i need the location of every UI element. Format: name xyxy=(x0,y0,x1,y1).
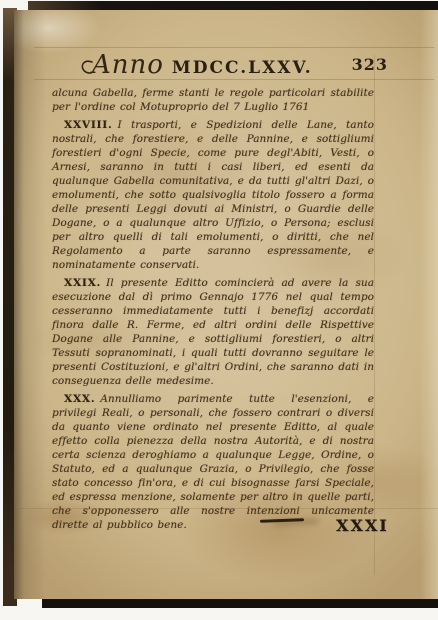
paragraph-xxx: XXX.Annulliamo parimente tutte l'esenzio… xyxy=(52,392,374,532)
paragraph-text: I trasporti, e Spedizioni delle Lane, ta… xyxy=(52,119,374,271)
anno-label: Anno xyxy=(92,50,164,80)
year-roman: MDCC.LXXV. xyxy=(172,58,313,78)
manuscript-scan: AnnoMDCC.LXXV. 323 alcuna Gabella, ferme… xyxy=(0,0,438,620)
gutter-shadow xyxy=(14,10,54,599)
paragraph-number: XXVIII. xyxy=(64,119,117,131)
anno-script: Anno xyxy=(80,50,164,80)
body-text: alcuna Gabella, ferme stanti le regole p… xyxy=(52,86,374,536)
page-fore-edge xyxy=(418,10,438,599)
paragraph-number: XXX. xyxy=(64,393,100,405)
paragraph-text: Il presente Editto comincierà ad avere l… xyxy=(52,277,374,387)
continuation-paragraph: alcuna Gabella, ferme stanti le regole p… xyxy=(52,86,374,114)
continuation-text: alcuna Gabella, ferme stanti le regole p… xyxy=(52,87,374,113)
paragraph-xxix: XXIX.Il presente Editto comincierà ad av… xyxy=(52,276,374,388)
paragraph-text: Annulliamo parimente tutte l'esenzioni, … xyxy=(52,393,374,531)
header-rule-top xyxy=(34,47,434,48)
paragraph-number: XXIX. xyxy=(64,277,106,289)
page-header: AnnoMDCC.LXXV. 323 xyxy=(80,50,424,82)
paragraph-xxviii: XXVIII.I trasporti, e Spedizioni delle L… xyxy=(52,118,374,272)
catchword: XXXI xyxy=(336,516,389,535)
parchment-page: AnnoMDCC.LXXV. 323 alcuna Gabella, ferme… xyxy=(14,10,438,599)
page-number: 323 xyxy=(352,55,388,74)
margin-rule xyxy=(374,55,375,575)
